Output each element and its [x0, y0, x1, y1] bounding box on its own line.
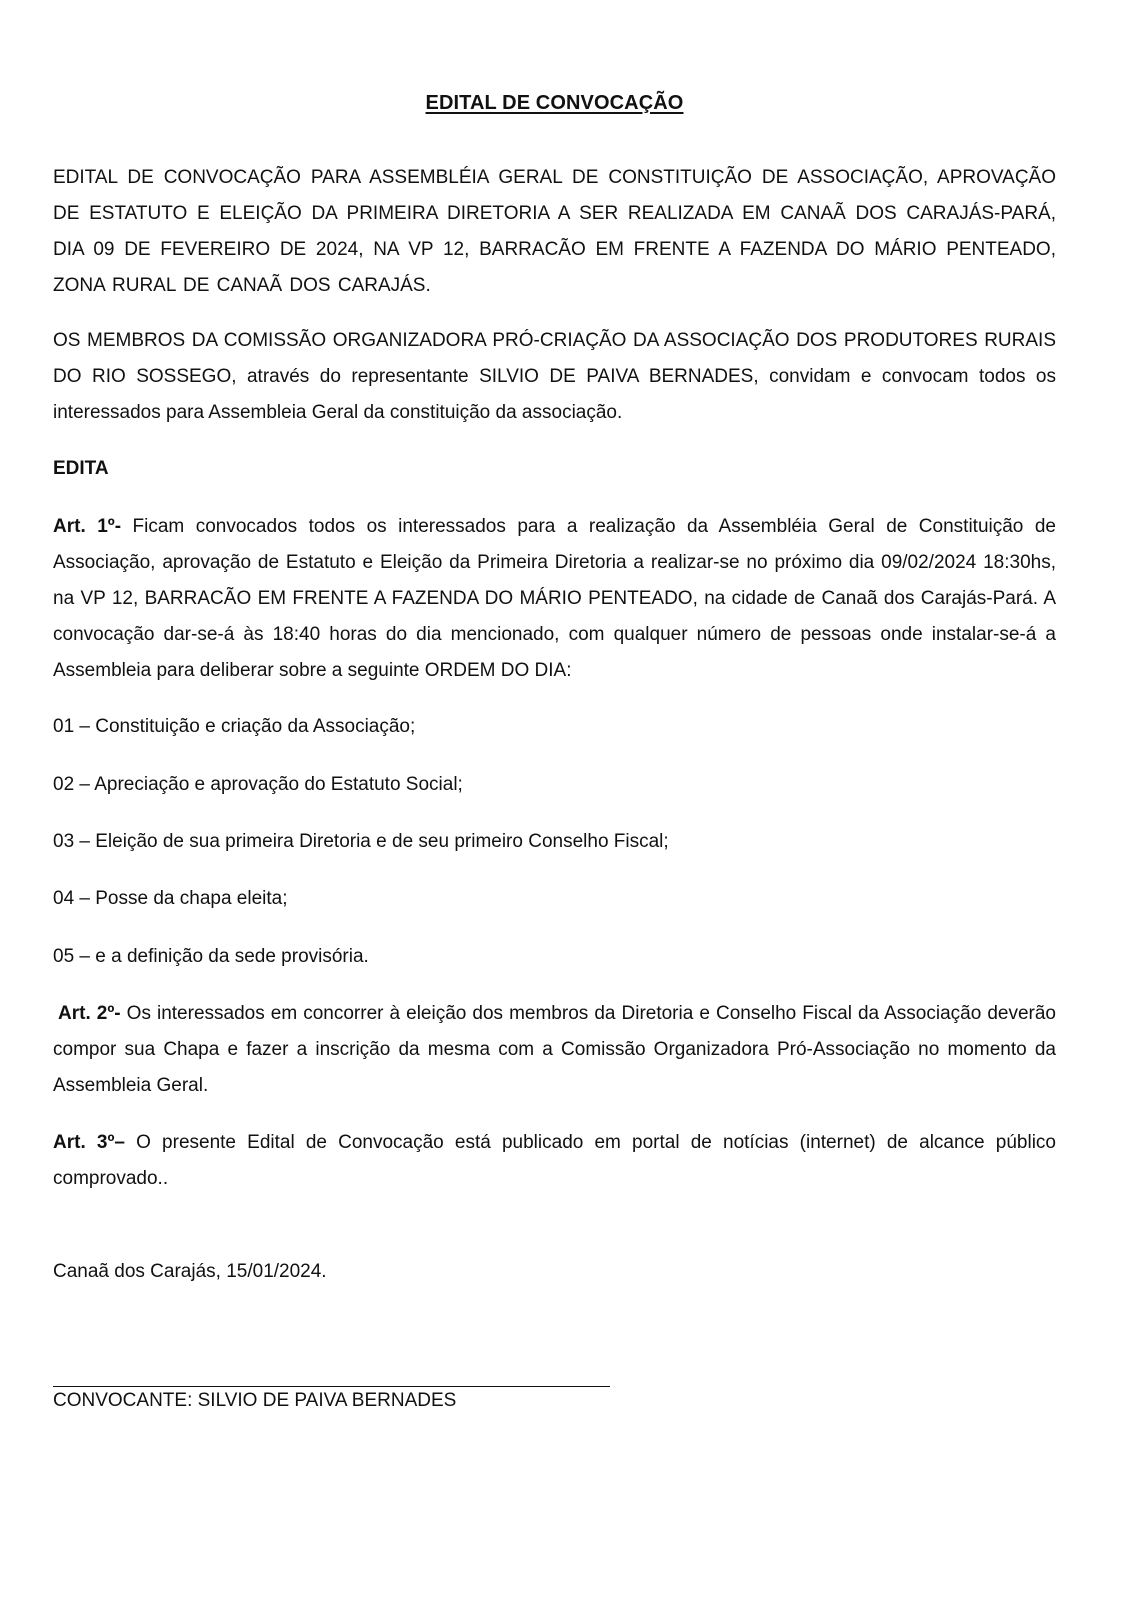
agenda-item: 01 – Constituição e criação da Associaçã…: [53, 709, 415, 745]
article-3-text: O presente Edital de Convocação está pub…: [53, 1132, 1056, 1189]
agenda-item: 03 – Eleição de sua primeira Diretoria e…: [53, 824, 669, 860]
agenda-item: 04 – Posse da chapa eleita;: [53, 881, 288, 917]
article-1-text: Ficam convocados todos os interessados p…: [53, 516, 1056, 681]
article-1: Art. 1º- Ficam convocados todos os inter…: [53, 509, 1056, 689]
article-1-label: Art. 1º-: [53, 516, 121, 537]
agenda-item: 05 – e a definição da sede provisória.: [53, 939, 369, 975]
agenda-item: 02 – Apreciação e aprovação do Estatuto …: [53, 767, 463, 803]
article-2: Art. 2º- Os interessados em concorrer à …: [53, 996, 1056, 1104]
article-3: Art. 3º– O presente Edital de Convocação…: [53, 1125, 1056, 1197]
members-paragraph: OS MEMBROS DA COMISSÃO ORGANIZADORA PRÓ-…: [53, 323, 1056, 431]
article-2-text: Os interessados em concorrer à eleição d…: [53, 1003, 1056, 1096]
intro-paragraph: EDITAL DE CONVOCAÇÃO PARA ASSEMBLÉIA GER…: [53, 160, 1056, 304]
edita-heading: EDITA: [53, 451, 1056, 487]
signatory-name: CONVOCANTE: SILVIO DE PAIVA BERNADES: [53, 1383, 456, 1419]
article-3-label: Art. 3º–: [53, 1132, 125, 1153]
place-date: Canaã dos Carajás, 15/01/2024.: [53, 1254, 1056, 1290]
document-title: EDITAL DE CONVOCAÇÃO: [53, 92, 1056, 115]
article-2-label: Art. 2º-: [58, 1003, 121, 1024]
